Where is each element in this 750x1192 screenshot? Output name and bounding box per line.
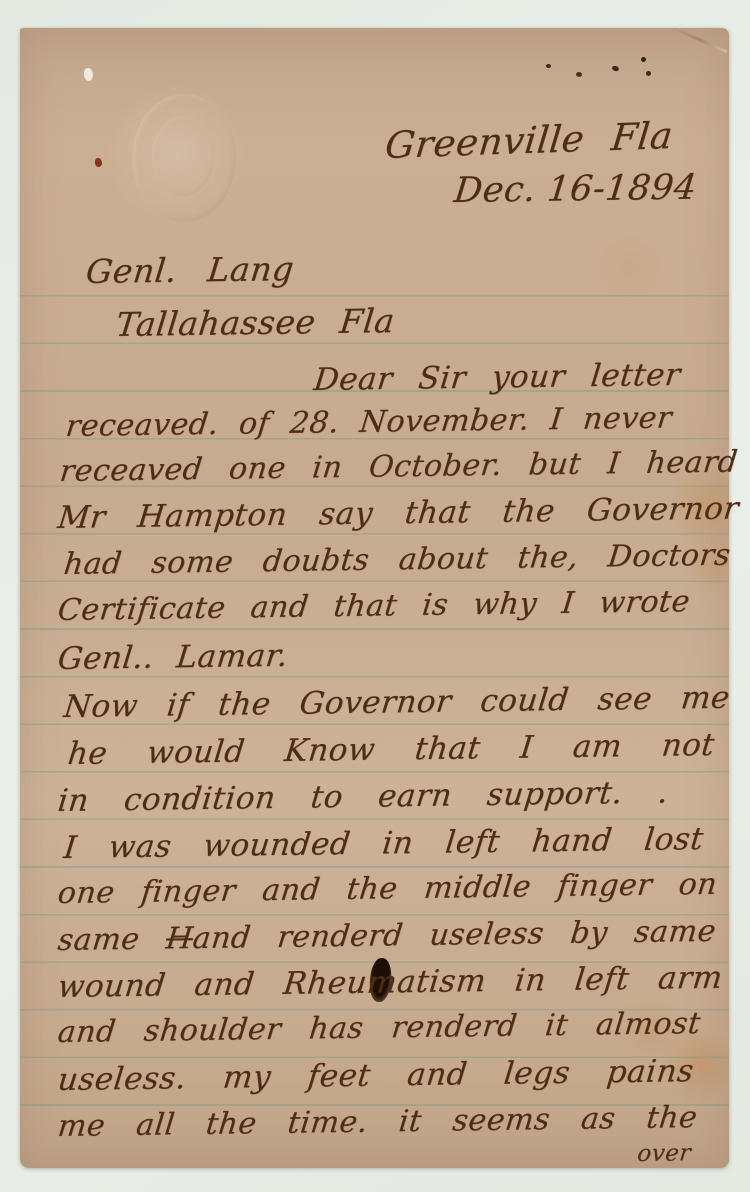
page-turn-note: over xyxy=(636,1140,692,1167)
recipient-city: Tallahassee Fla xyxy=(114,301,397,344)
letter-line-pre: same xyxy=(56,921,168,958)
heading-date: Dec. 16-1894 xyxy=(452,168,699,211)
embossed-seal xyxy=(132,94,236,222)
salutation-line: Dear Sir your letter xyxy=(312,357,682,398)
ink-speck xyxy=(576,72,582,77)
letter-line: Genl.. Lamar. xyxy=(56,638,290,677)
ink-speck xyxy=(646,71,651,76)
embossed-seal-inner xyxy=(152,116,214,196)
scanned-letter-page: Greenville Fla Dec. 16-1894 Genl. Lang T… xyxy=(0,0,750,1192)
recipient-name: Genl. Lang xyxy=(84,249,296,291)
ink-speck xyxy=(641,57,646,62)
ink-speck xyxy=(546,64,551,68)
red-stain-speck xyxy=(95,158,102,167)
struck-letter: H xyxy=(164,921,195,956)
letter-line-post: and renderd useless by same xyxy=(191,914,718,956)
